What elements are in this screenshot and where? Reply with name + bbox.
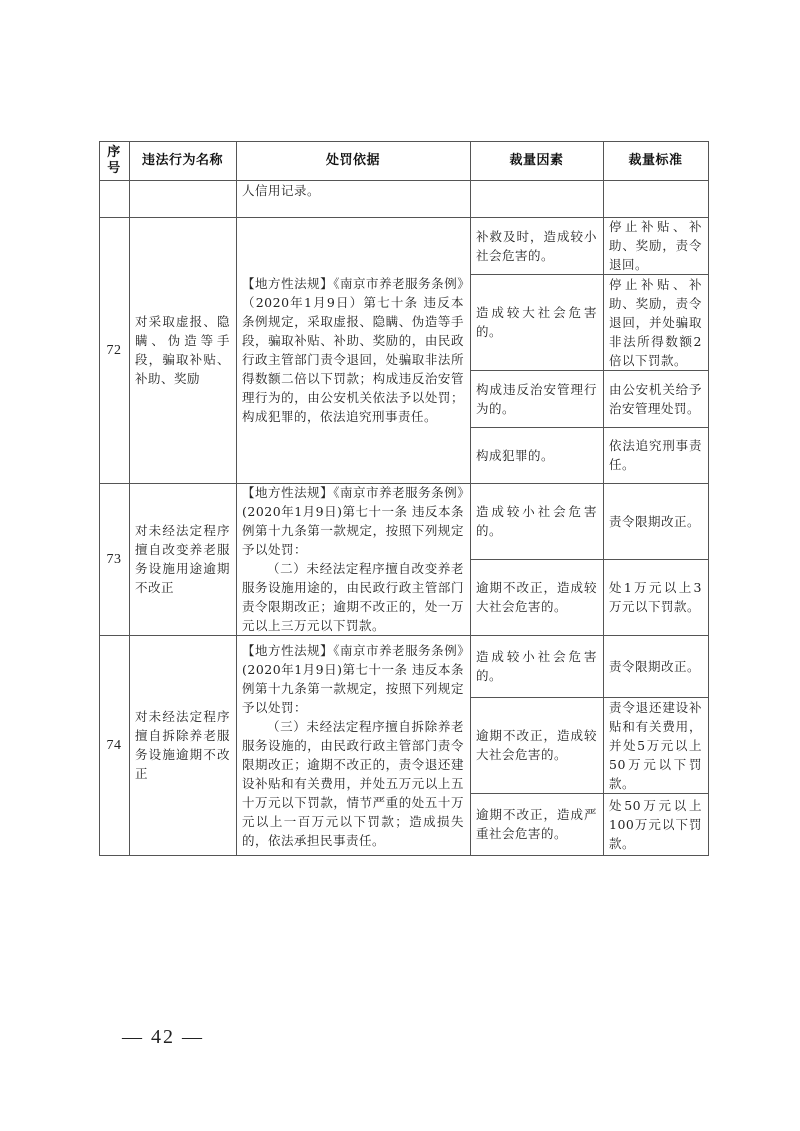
continuation-factor-cell	[470, 180, 604, 218]
row-72-standard-3: 由公安机关给予治安管理处罚。	[603, 370, 709, 428]
factor-text: 构成违反治安管理行为的。	[476, 380, 597, 418]
row-73-factor-2: 逾期不改正，造成较大社会危害的。	[470, 559, 604, 636]
factor-text: 造成较大社会危害的。	[476, 303, 597, 341]
serial-number: 73	[107, 550, 122, 569]
basis-paragraph: 【地方性法规】《南京市养老服务条例》（2020年1月9日）第七十条 违反本条例规…	[242, 274, 464, 426]
continuation-name-cell	[129, 180, 237, 218]
document-page: 序号 违法行为名称 处罚依据 裁量因素 裁量标准 人信用记录。 72 对采取虚报…	[0, 0, 800, 1131]
row-73-serial: 73	[99, 483, 130, 636]
continuation-basis-text: 人信用记录。	[242, 183, 320, 198]
row-72-serial: 72	[99, 217, 130, 484]
row-74-violation-name: 对未经法定程序擅自拆除养老服务设施逾期不改正	[129, 635, 237, 856]
row-73-standard-1: 责令限期改正。	[603, 483, 709, 560]
violation-name-text: 对未经法定程序擅自改变养老服务设施用途逾期不改正	[135, 521, 230, 597]
standard-text: 责令限期改正。	[609, 657, 702, 676]
row-73-standard-2: 处1万元以上3万元以下罚款。	[603, 559, 709, 636]
continuation-serial-cell	[99, 180, 130, 218]
factor-text: 补救及时，造成较小社会危害的。	[476, 227, 597, 265]
serial-number: 74	[107, 736, 122, 755]
standard-text: 责令限期改正。	[609, 512, 702, 531]
row-74-serial: 74	[99, 635, 130, 856]
standard-text: 停止补贴、补助、奖励，责令退回。	[609, 217, 702, 274]
basis-paragraph: （三）未经法定程序擅自拆除养老服务设施的，由民政行政主管部门责令限期改正；逾期不…	[242, 717, 464, 850]
basis-paragraph: 【地方性法规】《南京市养老服务条例》(2020年1月9日)第七十一条 违反本条例…	[242, 483, 464, 559]
factor-text: 逾期不改正，造成严重社会危害的。	[476, 805, 597, 843]
row-73-violation-name: 对未经法定程序擅自改变养老服务设施用途逾期不改正	[129, 483, 237, 636]
row-74-standard-1: 责令限期改正。	[603, 635, 709, 698]
row-74-factor-2: 逾期不改正，造成较大社会危害的。	[470, 697, 604, 794]
basis-paragraph: 【地方性法规】《南京市养老服务条例》(2020年1月9日)第七十一条 违反本条例…	[242, 641, 464, 717]
factor-text: 构成犯罪的。	[476, 446, 597, 465]
violation-name-text: 对未经法定程序擅自拆除养老服务设施逾期不改正	[135, 707, 230, 783]
page-number: — 42 —	[122, 1026, 204, 1049]
row-74-penalty-basis: 【地方性法规】《南京市养老服务条例》(2020年1月9日)第七十一条 违反本条例…	[236, 635, 471, 856]
factor-text: 逾期不改正，造成较大社会危害的。	[476, 726, 597, 764]
serial-number: 72	[107, 341, 122, 360]
header-penalty-basis: 处罚依据	[236, 141, 471, 181]
standard-text: 停止补贴、补助、奖励，责令退回，并处骗取非法所得数额2倍以下罚款。	[609, 275, 702, 370]
row-73-penalty-basis: 【地方性法规】《南京市养老服务条例》(2020年1月9日)第七十一条 违反本条例…	[236, 483, 471, 636]
header-violation-name: 违法行为名称	[129, 141, 237, 181]
header-discretion-factor: 裁量因素	[470, 141, 604, 181]
standard-text: 依法追究刑事责任。	[609, 436, 702, 474]
standard-text: 处1万元以上3万元以下罚款。	[609, 578, 702, 616]
factor-text: 造成较小社会危害的。	[476, 647, 597, 685]
row-72-penalty-basis: 【地方性法规】《南京市养老服务条例》（2020年1月9日）第七十条 违反本条例规…	[236, 217, 471, 484]
row-72-standard-4: 依法追究刑事责任。	[603, 427, 709, 484]
row-72-factor-4: 构成犯罪的。	[470, 427, 604, 484]
row-72-factor-1: 补救及时，造成较小社会危害的。	[470, 217, 604, 275]
continuation-standard-cell	[603, 180, 709, 218]
continuation-basis-cell: 人信用记录。	[236, 180, 471, 218]
violation-name-text: 对采取虚报、隐瞒、伪造等手段，骗取补贴、补助、奖励	[135, 312, 230, 388]
row-73-factor-1: 造成较小社会危害的。	[470, 483, 604, 560]
row-72-factor-2: 造成较大社会危害的。	[470, 274, 604, 371]
basis-paragraph: （二）未经法定程序擅自改变养老服务设施用途的，由民政行政主管部门责令限期改正；逾…	[242, 559, 464, 635]
row-72-violation-name: 对采取虚报、隐瞒、伪造等手段，骗取补贴、补助、奖励	[129, 217, 237, 484]
standard-text: 责令退还建设补贴和有关费用，并处5万元以上50万元以下罚款。	[609, 698, 702, 793]
row-74-standard-2: 责令退还建设补贴和有关费用，并处5万元以上50万元以下罚款。	[603, 697, 709, 794]
row-74-factor-3: 逾期不改正，造成严重社会危害的。	[470, 793, 604, 856]
header-serial-number: 序号	[99, 141, 130, 181]
row-74-factor-1: 造成较小社会危害的。	[470, 635, 604, 698]
factor-text: 造成较小社会危害的。	[476, 502, 597, 540]
standard-text: 由公安机关给予治安管理处罚。	[609, 380, 702, 418]
row-74-standard-3: 处50万元以上100万元以下罚款。	[603, 793, 709, 856]
standard-text: 处50万元以上100万元以下罚款。	[609, 796, 702, 853]
factor-text: 逾期不改正，造成较大社会危害的。	[476, 578, 597, 616]
header-discretion-standard: 裁量标准	[603, 141, 709, 181]
row-72-standard-1: 停止补贴、补助、奖励，责令退回。	[603, 217, 709, 275]
row-72-factor-3: 构成违反治安管理行为的。	[470, 370, 604, 428]
row-72-standard-2: 停止补贴、补助、奖励，责令退回，并处骗取非法所得数额2倍以下罚款。	[603, 274, 709, 371]
